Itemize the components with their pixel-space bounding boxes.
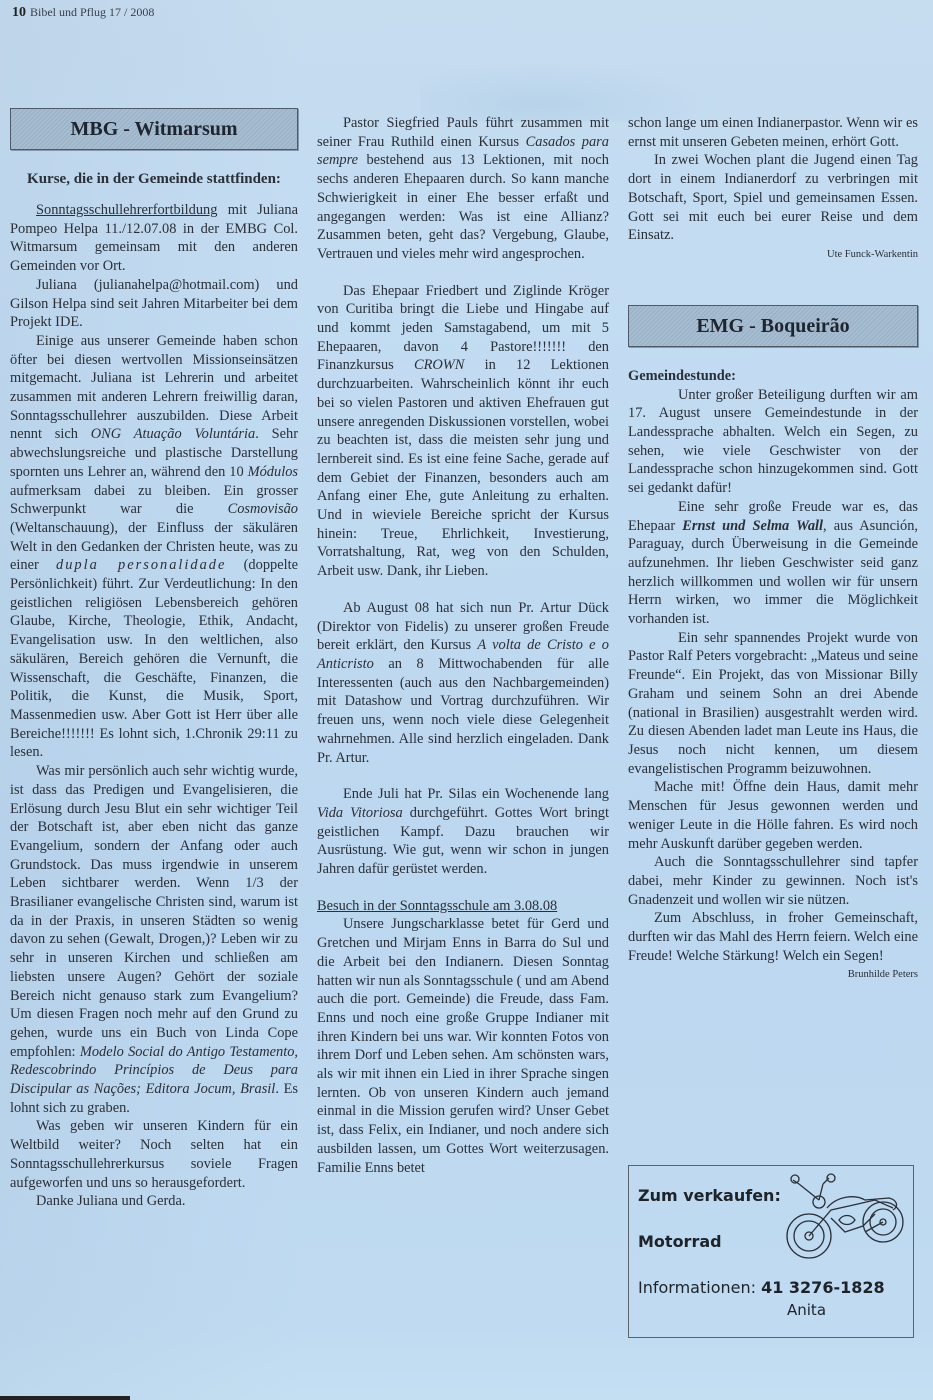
paragraph: Juliana (julianahelpa@hotmail.com) und G… xyxy=(10,276,298,332)
paragraph: Was geben wir unseren Kindern für ein We… xyxy=(10,1117,298,1192)
section-title-witmarsum: MBG - Witmarsum xyxy=(10,108,298,150)
paragraph: Auch die Sonntagsschullehrer sind tapfer… xyxy=(628,853,918,909)
ad-item: Motorrad xyxy=(638,1232,722,1251)
paragraph: Einige aus unserer Gemeinde haben schon … xyxy=(10,332,298,762)
classified-ad-box: Zum verkaufen: Motorrad Informationen: 4… xyxy=(628,1165,914,1338)
author-signature: Ute Funck-Warkentin xyxy=(628,247,918,263)
page-edge-shadow xyxy=(0,1396,130,1400)
closing-line: Danke Juliana und Gerda. xyxy=(10,1192,298,1211)
background-watermark xyxy=(420,62,720,122)
paragraph: Sonntagsschullehrerfortbildung mit Julia… xyxy=(10,201,298,276)
motorcycle-icon xyxy=(779,1170,911,1266)
ad-contact-line: Informationen: 41 3276-1828 xyxy=(638,1278,885,1297)
page-number: 10 xyxy=(12,5,26,20)
subheading-besuch: Besuch in der Sonntagsschule am 3.08.08 xyxy=(317,897,609,916)
author-signature: Brunhilde Peters xyxy=(628,967,918,983)
column-right: schon lange um einen Indianerpastor. Wen… xyxy=(628,114,918,983)
paragraph: Mache mit! Öffne dein Haus, damit mehr M… xyxy=(628,778,918,853)
paragraph: Ende Juli hat Pr. Silas ein Wochenende l… xyxy=(317,785,609,879)
paragraph: Das Ehepaar Friedbert und Ziglinde Kröge… xyxy=(317,282,609,581)
paragraph: Unter großer Beteiligung durften wir am … xyxy=(628,386,918,498)
paragraph: Was mir persönlich auch sehr wichtig wur… xyxy=(10,762,298,1117)
paragraph: Pastor Siegfried Pauls führt zusammen mi… xyxy=(317,114,609,264)
paragraph: Zum Abschluss, in froher Gemeinschaft, d… xyxy=(628,909,918,965)
subheading-kurse: Kurse, die in der Gemeinde stattfinden: xyxy=(10,170,298,189)
publication-title: Bibel und Pflug 17 / 2008 xyxy=(30,5,154,19)
paragraph: In zwei Wochen plant die Jugend einen Ta… xyxy=(628,151,918,245)
course-title-link: Sonntagsschullehrerfortbildung xyxy=(36,202,217,218)
paragraph: schon lange um einen Indianerpastor. Wen… xyxy=(628,114,918,151)
paragraph: Eine sehr große Freude war es, das Ehepa… xyxy=(628,498,918,629)
section-title-boqueirao: EMG - Boqueirão xyxy=(628,305,918,347)
paragraph: Ab August 08 hat sich nun Pr. Artur Dück… xyxy=(317,599,609,767)
column-left: MBG - Witmarsum Kurse, die in der Gemein… xyxy=(10,108,298,1211)
column-middle: Pastor Siegfried Pauls führt zusammen mi… xyxy=(317,114,609,1177)
ad-headline: Zum verkaufen: xyxy=(638,1186,781,1205)
ad-contact-name: Anita xyxy=(787,1301,826,1319)
subheading-gemeindestunde: Gemeindestunde: xyxy=(628,367,918,386)
ad-phone: 41 3276-1828 xyxy=(761,1278,885,1297)
paragraph: Ein sehr spannendes Projekt wurde von Pa… xyxy=(628,629,918,779)
page-header: 10Bibel und Pflug 17 / 2008 xyxy=(12,5,154,21)
paragraph: Unsere Jungscharklasse betet für Gerd un… xyxy=(317,915,609,1177)
